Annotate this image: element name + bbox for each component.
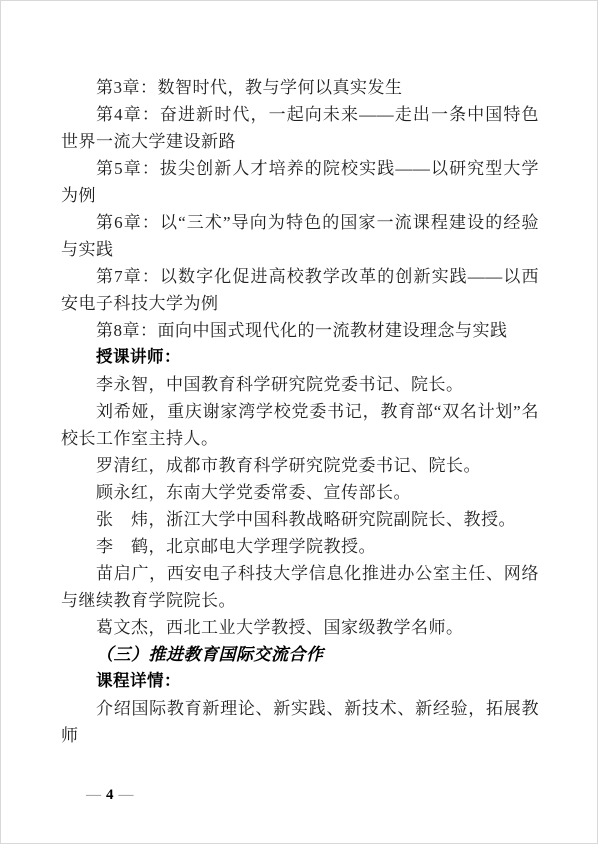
- lecturers-heading: 授课讲师：: [61, 344, 539, 371]
- course-intro-line: 介绍国际教育新理论、新实践、新技术、新经验，拓展教师: [61, 695, 539, 749]
- lecturer-ge-wenjie: 葛文杰，西北工业大学教授、国家级教学名师。: [61, 614, 539, 641]
- chapter-line-4: 第4章：奋进新时代，一起向未来——走出一条中国特色世界一流大学建设新路: [61, 101, 539, 155]
- page-number-dash-right: —: [119, 787, 135, 803]
- lecturer-luo-qinghong: 罗清红，成都市教育科学研究院党委书记、院长。: [61, 452, 539, 479]
- chapter-line-3: 第3章：数智时代，教与学何以真实发生: [61, 74, 539, 101]
- page-number-value: 4: [102, 787, 119, 803]
- document-body: 第3章：数智时代，教与学何以真实发生 第4章：奋进新时代，一起向未来——走出一条…: [61, 74, 539, 749]
- chapter-line-6: 第6章：以“三术”导向为特色的国家一流课程建设的经验与实践: [61, 209, 539, 263]
- lecturer-liu-xiya: 刘希娅，重庆谢家湾学校党委书记，教育部“双名计划”名校长工作室主持人。: [61, 398, 539, 452]
- lecturer-li-yongzhi: 李永智，中国教育科学研究院党委书记、院长。: [61, 371, 539, 398]
- lecturer-miao-qiguang: 苗启广，西安电子科技大学信息化推进办公室主任、网络与继续教育学院院长。: [61, 560, 539, 614]
- document-page: 第3章：数智时代，教与学何以真实发生 第4章：奋进新时代，一起向未来——走出一条…: [0, 0, 598, 844]
- page-number: —4—: [86, 785, 135, 805]
- lecturer-zhang-wei: 张 炜，浙江大学中国科教战略研究院副院长、教授。: [61, 506, 539, 533]
- section-three-heading: （三）推进教育国际交流合作: [61, 641, 539, 668]
- course-details-heading: 课程详情：: [61, 668, 539, 695]
- page-number-dash-left: —: [86, 787, 102, 803]
- chapter-line-5: 第5章：拔尖创新人才培养的院校实践——以研究型大学为例: [61, 155, 539, 209]
- lecturer-gu-yonghong: 顾永红，东南大学党委常委、宣传部长。: [61, 479, 539, 506]
- chapter-line-7: 第7章：以数字化促进高校教学改革的创新实践——以西安电子科技大学为例: [61, 263, 539, 317]
- lecturer-li-he: 李 鹤，北京邮电大学理学院教授。: [61, 533, 539, 560]
- chapter-line-8: 第8章：面向中国式现代化的一流教材建设理念与实践: [61, 317, 539, 344]
